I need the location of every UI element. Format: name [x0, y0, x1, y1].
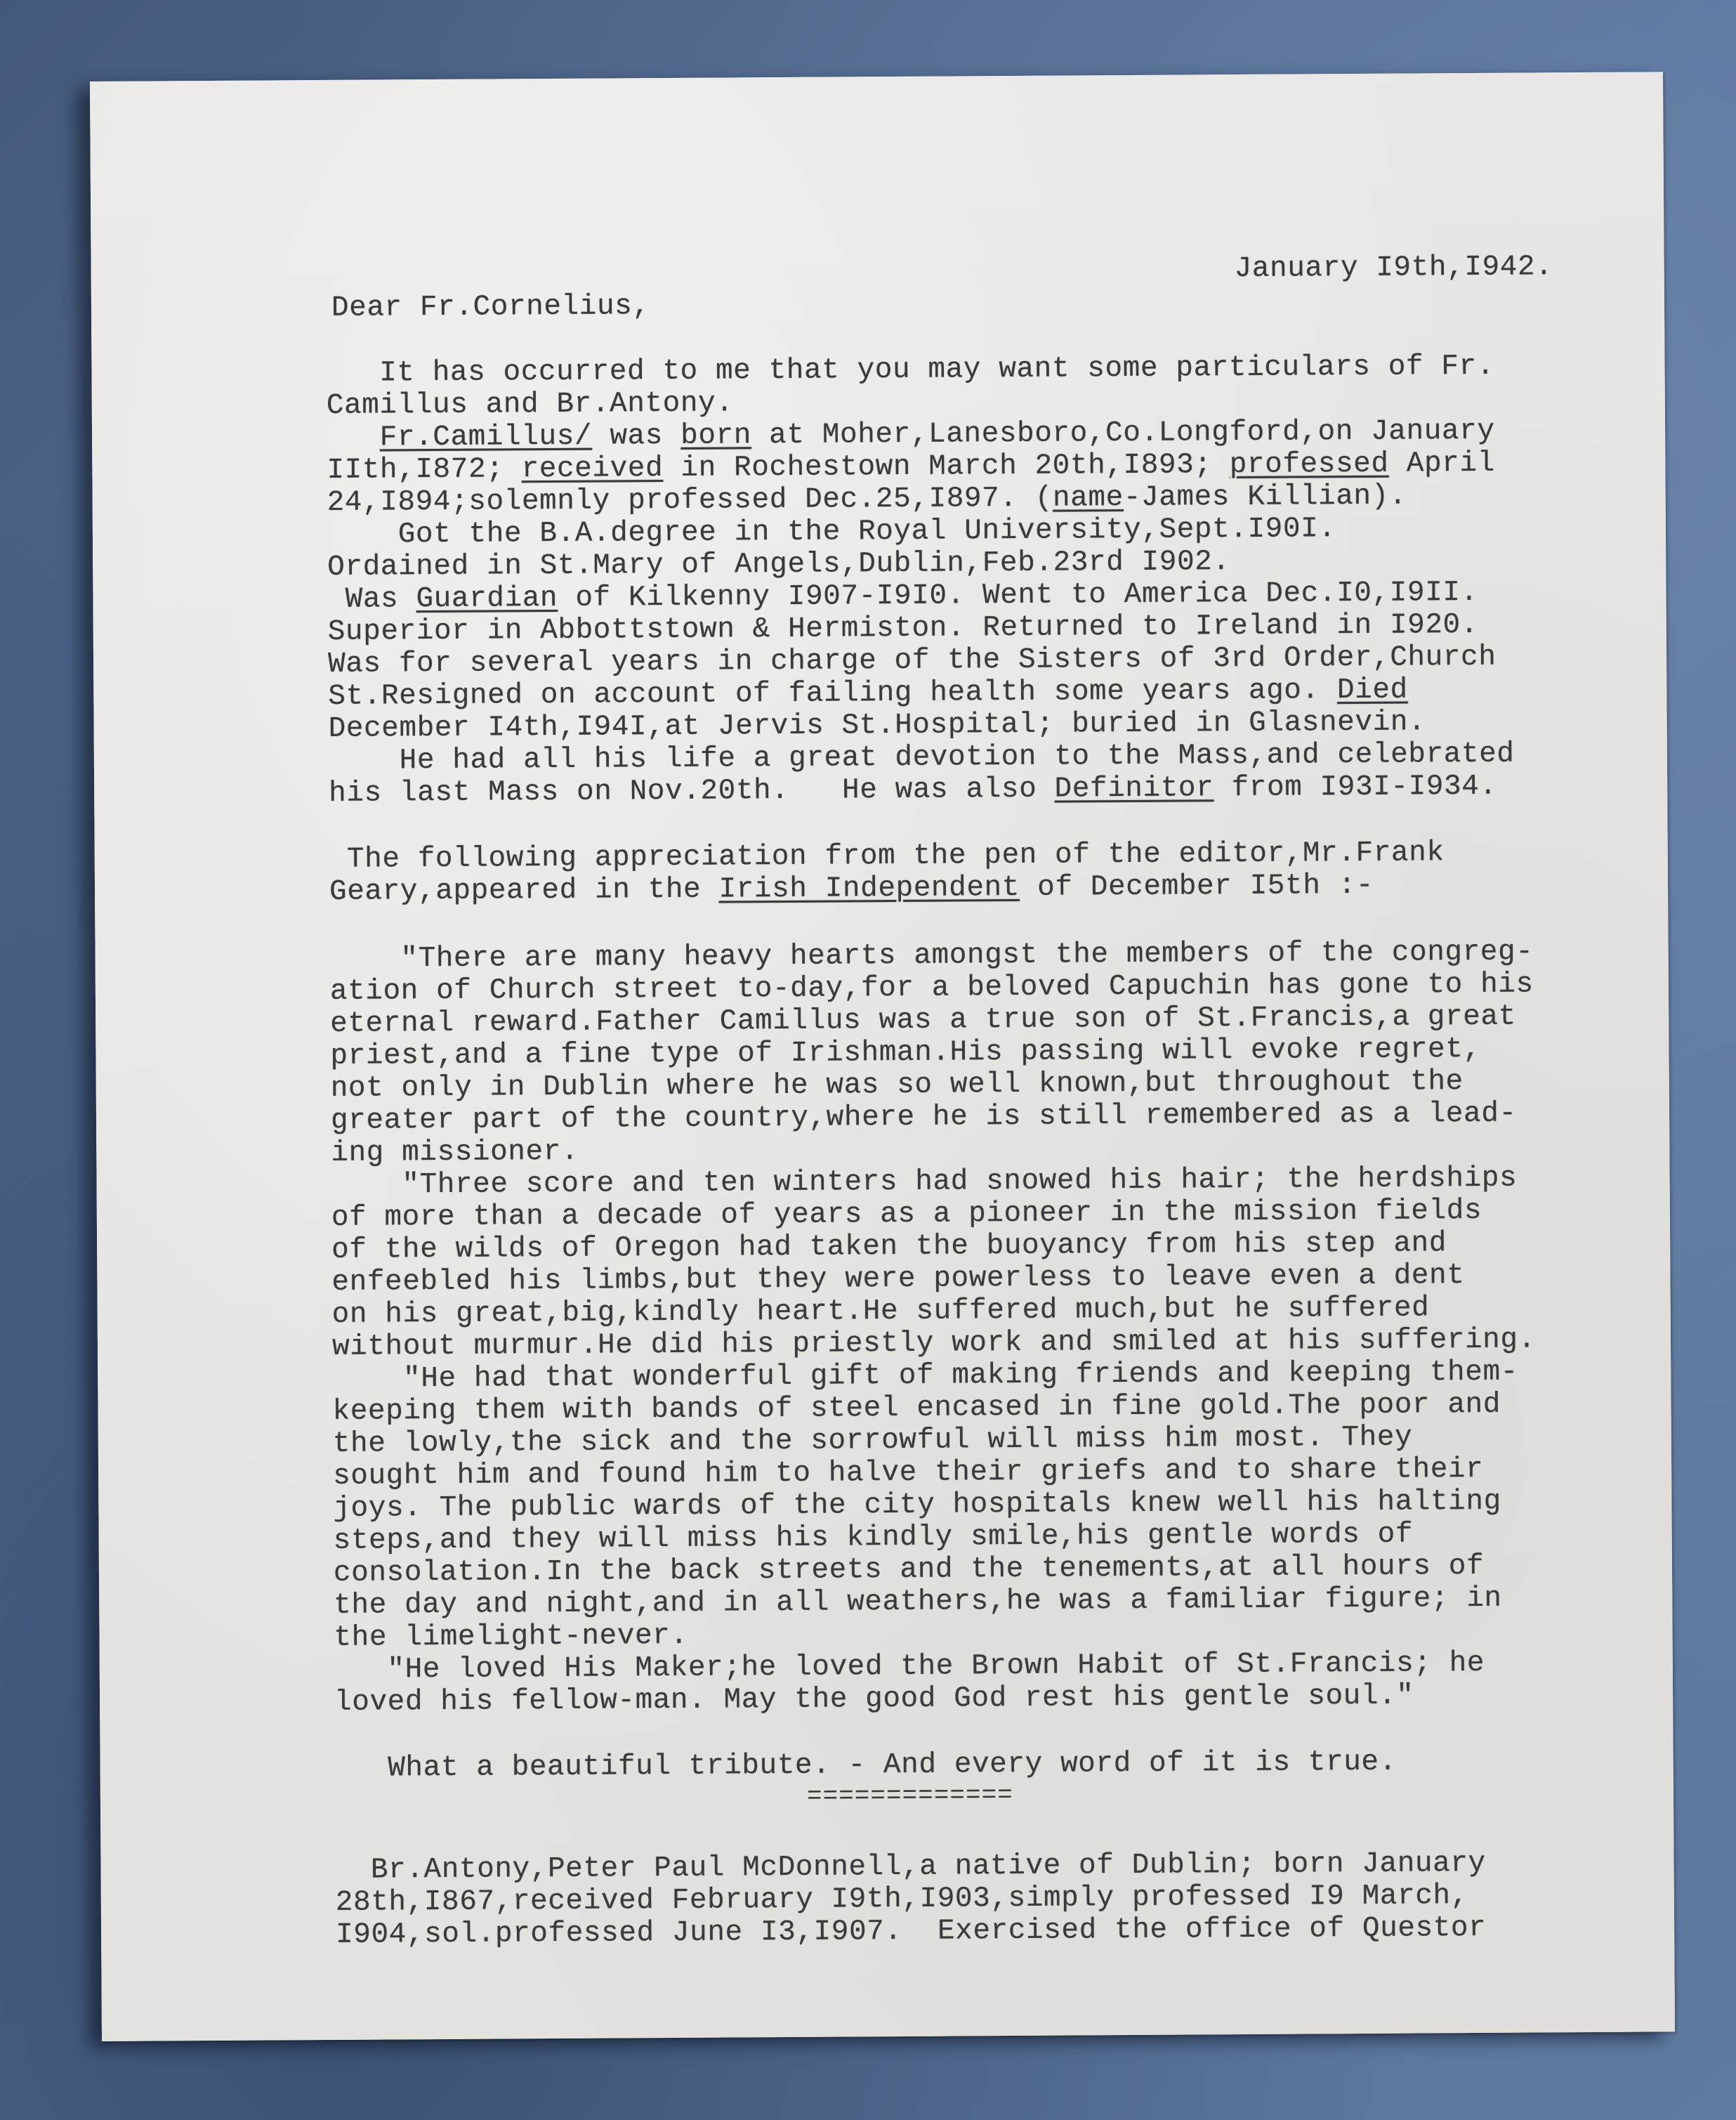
text: April: [1388, 447, 1495, 480]
text: of Kilkenny I907-I9I0. Went to America D…: [558, 577, 1478, 615]
definitor-word: Definitor: [1054, 772, 1214, 805]
text: of December I5th :-: [1020, 870, 1374, 904]
tribute-line: the day and night,and in all weathers,he…: [334, 1583, 1502, 1622]
appreciation-intro-line-2: Geary,appeared in the Irish Independent …: [329, 870, 1374, 908]
letter-date: January I9th,I942.: [1235, 251, 1553, 285]
letter-page: January I9th,I942. Dear Fr.Cornelius, It…: [90, 72, 1675, 2041]
text: at Moher,Lanesboro,Co.Longford,on Januar…: [751, 415, 1495, 452]
name-word: name: [1053, 482, 1124, 515]
text: his last Mass on Nov.20th. He was also: [329, 773, 1055, 810]
professed-word: professed: [1230, 448, 1389, 481]
antony-line-3: I904,sol.professed June I3,I907. Exercis…: [336, 1912, 1487, 1951]
received-word: received: [521, 452, 663, 485]
camillus-name: Fr.Camillus/: [380, 421, 593, 454]
text: Was: [327, 583, 416, 616]
died-word: Died: [1337, 674, 1408, 707]
text: Geary,appeared in the: [329, 874, 719, 908]
tribute-line: loved his fellow-man. May the good God r…: [334, 1680, 1414, 1719]
tribute-line: ing missioner.: [331, 1136, 579, 1170]
text: 24,I894;solemnly professed Dec.25,I897. …: [327, 483, 1053, 519]
camillus-line-5: Ordained in St.Mary of Angels,Dublin,Feb…: [327, 546, 1230, 584]
text: in Rochestown March 20th,I893;: [663, 449, 1230, 485]
camillus-line-12: his last Mass on Nov.20th. He was also D…: [329, 771, 1497, 810]
text: -James Killian).: [1124, 480, 1407, 514]
intro-line-2: Camillus and Br.Antony.: [327, 387, 734, 422]
tribute-line: greater part of the country,where he is …: [331, 1098, 1517, 1137]
born-word: born: [680, 419, 751, 452]
tribute-line: the limelight-never.: [334, 1620, 688, 1654]
text: was: [592, 420, 680, 453]
salutation: Dear Fr.Cornelius,: [331, 290, 650, 325]
indent: [327, 421, 380, 454]
text: from I93I-I934.: [1214, 771, 1497, 804]
newspaper-name: Irish Independent: [718, 872, 1020, 906]
guardian-word: Guardian: [416, 582, 558, 615]
closing-remark: What a beautiful tribute. - And every wo…: [335, 1746, 1398, 1785]
intro-line-1: It has occurred to me that you may want …: [326, 351, 1494, 390]
text: IIth,I872;: [327, 453, 522, 487]
section-divider: =============: [807, 1781, 1013, 1811]
